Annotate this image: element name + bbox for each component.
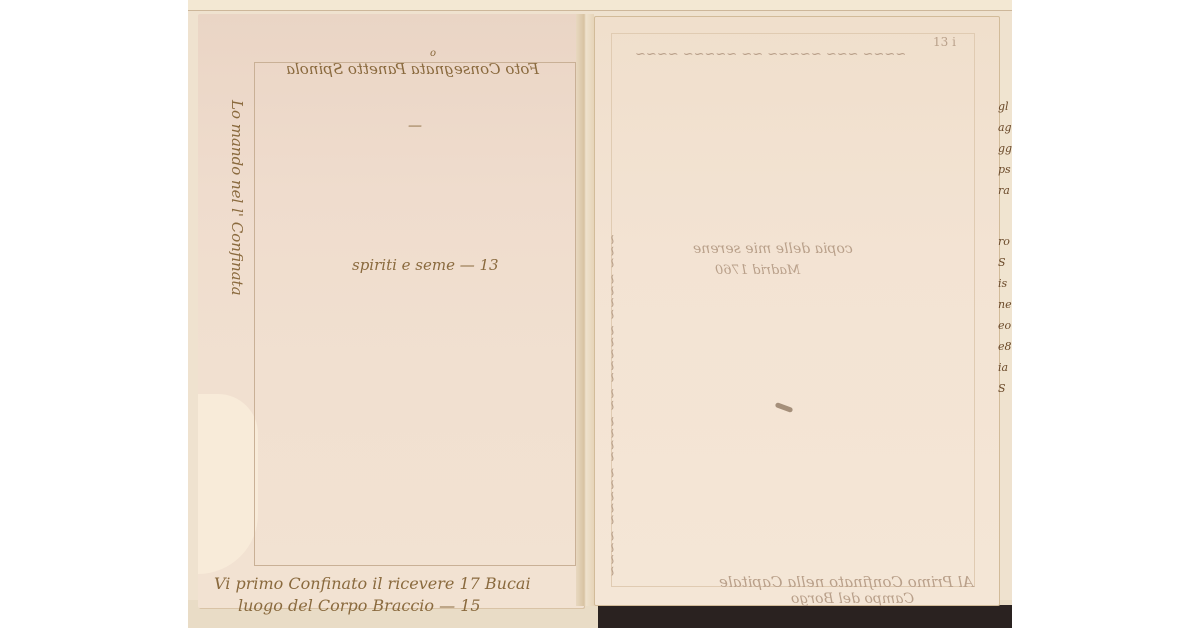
bottom-bleed-line-2: Campo del Borgo (791, 591, 914, 607)
ruled-frame (254, 62, 576, 566)
ruled-frame-faint (611, 33, 975, 587)
left-page: Foto Consegnata Panetto Spinola o — spir… (198, 14, 584, 608)
bottom-line-2: luogo del Corpo Braccio — 15 (238, 596, 481, 615)
underlying-sheet-top (188, 0, 1012, 11)
center-bleed-line-2: Madrid 1760 (715, 263, 800, 278)
gutter-vertical-text: ~~~ ~~~~ ~~~~~ ~~ ~~~~ ~~~~~ ~~~~ (605, 234, 621, 577)
center-note: spiriti e seme — 13 (352, 256, 499, 274)
bottom-bleed-line-1: Al Primo Confinato nella Capitale (719, 573, 973, 591)
short-dash: — (408, 118, 422, 134)
bottom-line-1: Vi primo Confinato il ricevere 17 Bucai (214, 574, 531, 593)
water-stain (198, 394, 258, 574)
scanner-background (598, 605, 1012, 628)
margin-vertical-note: Lo mando nel l' Confinata (228, 100, 246, 296)
top-heading: Foto Consegnata Panetto Spinola (286, 60, 539, 78)
adjacent-sheet-text: gl ag gg ps ra ro S is ne eo e8 ia S (998, 96, 1012, 399)
right-page: 13 i ~~~~ ~~~ ~~~~~ ~~ ~~~~~ ~~~~ copia … (594, 16, 1000, 606)
top-bleed-through: ~~~~ ~~~ ~~~~~ ~~ ~~~~~ ~~~~ (635, 47, 906, 62)
folio-number: 13 i (933, 35, 956, 49)
binding-fold (576, 14, 594, 606)
center-bleed-line-1: copia delle mie serene (693, 241, 853, 257)
manuscript-scan: Foto Consegnata Panetto Spinola o — spir… (188, 0, 1012, 628)
top-mark: o (430, 48, 436, 59)
